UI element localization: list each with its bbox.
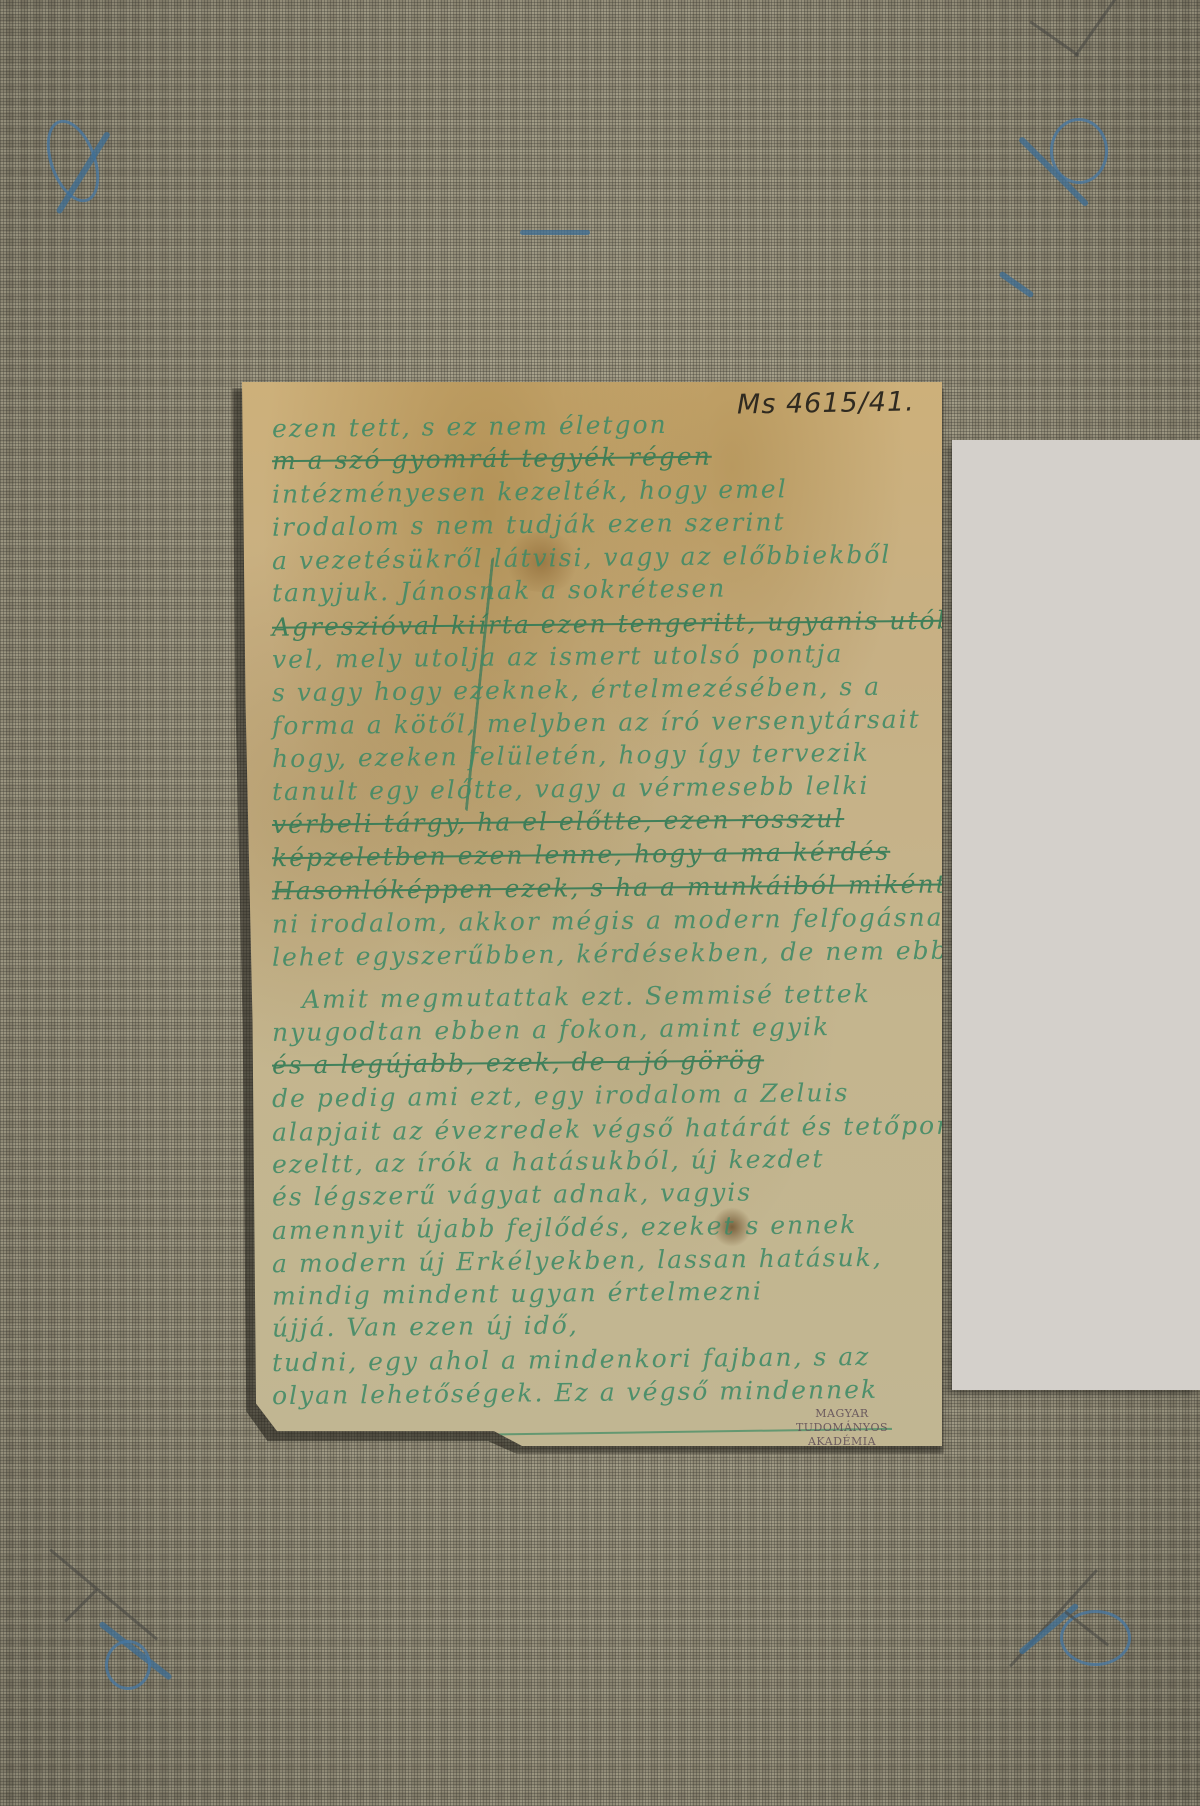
manuscript-line: Amit megmutattak ezt. Semmisé tettek [302,979,871,1014]
manuscript-line: és légszerű vágyat adnak, vagyis [272,1177,752,1211]
manuscript-line: intézményesen kezelték, hogy emel [272,474,788,508]
manuscript-line-struck: Agreszióval kiírta ezen tengeritt, ugyan… [272,605,983,641]
manuscript-line: újjá. Van ezen új idő, [272,1310,579,1342]
insert-card [952,440,1200,1390]
manuscript-line: nyugodtan ebben a fokon, amint egyik [272,1012,830,1047]
manuscript-line: alapjait az évezredek végső határát és t… [272,1110,1005,1147]
manuscript-line-struck: és a legújabb, ezek, de a jó görög [272,1045,764,1079]
manuscript-line: a vezetésükről látvisi, vagy az előbbiek… [272,540,892,575]
manuscript-line-struck: vérbeli tárgy, ha el előtte, ezen rosszu… [272,804,845,839]
manuscript-page: Ms 4615/41. ezen tett, s ez nem életgon … [242,382,942,1446]
manuscript-line: ni irodalom, akkor mégis a modern felfog… [272,902,961,938]
manuscript-line: hogy, ezeken felületén, hogy így tervezi… [272,738,870,773]
manuscript-line: olyan lehetőségek. Ez a végső mindennek [272,1375,878,1410]
manuscript-line: Ő írt mindennapig, hogy felüfeszek [277,1461,791,1495]
manuscript-line: mindig mindent ugyan értelmezni [272,1276,763,1310]
shelfmark-label: Ms 4615/41. [737,386,915,420]
manuscript-line: amennyit újabb fejlődés, ezeket s ennek [272,1210,857,1245]
manuscript-line: tudni, egy ahol a mindenkori fajban, s a… [272,1342,871,1377]
manuscript-line: irodalom s nem tudják ezen szerint [272,507,786,541]
manuscript-line-struck: m a szó gyomrát tegyék régen [272,442,712,476]
manuscript-line-struck: Hasonlóképpen ezek, s ha a munkáiból mik… [272,869,948,905]
stamp-line: TUDOMÁNYOS AKADÉMIA [762,1421,922,1449]
manuscript-line-struck: képzeletben ezen lenne, hogy a ma kérdés [272,837,891,872]
manuscript-line: tanult egy előtte, vagy a vérmesebb lelk… [272,771,870,806]
manuscript-line: ezen tett, s ez nem életgon [272,410,668,443]
manuscript-line: ezeltt, az írók a hatásukból, új kezdet [272,1144,825,1179]
library-stamp: MAGYAR TUDOMÁNYOS AKADÉMIA KÖNYVTÁRA [762,1407,922,1463]
stamp-line: MAGYAR [762,1407,922,1421]
manuscript-line: lehet egyszerűbben, kérdésekben, de nem … [272,935,994,972]
manuscript-line: vel, mely utolja az ismert utolsó pontja [272,639,844,674]
manuscript-line: s vagy hogy ezeknek, értelmezésében, s a [272,672,881,707]
manuscript-line: de pedig ami ezt, egy irodalom a Zeluis [272,1078,850,1113]
manuscript-line: a modern új Erkélyekben, lassan hatásuk, [272,1243,883,1278]
manuscript-line: tanyjuk. Jánosnak a sokrétesen [272,574,727,608]
manuscript-line: forma a kötől, melyben az író versenytár… [272,705,921,741]
